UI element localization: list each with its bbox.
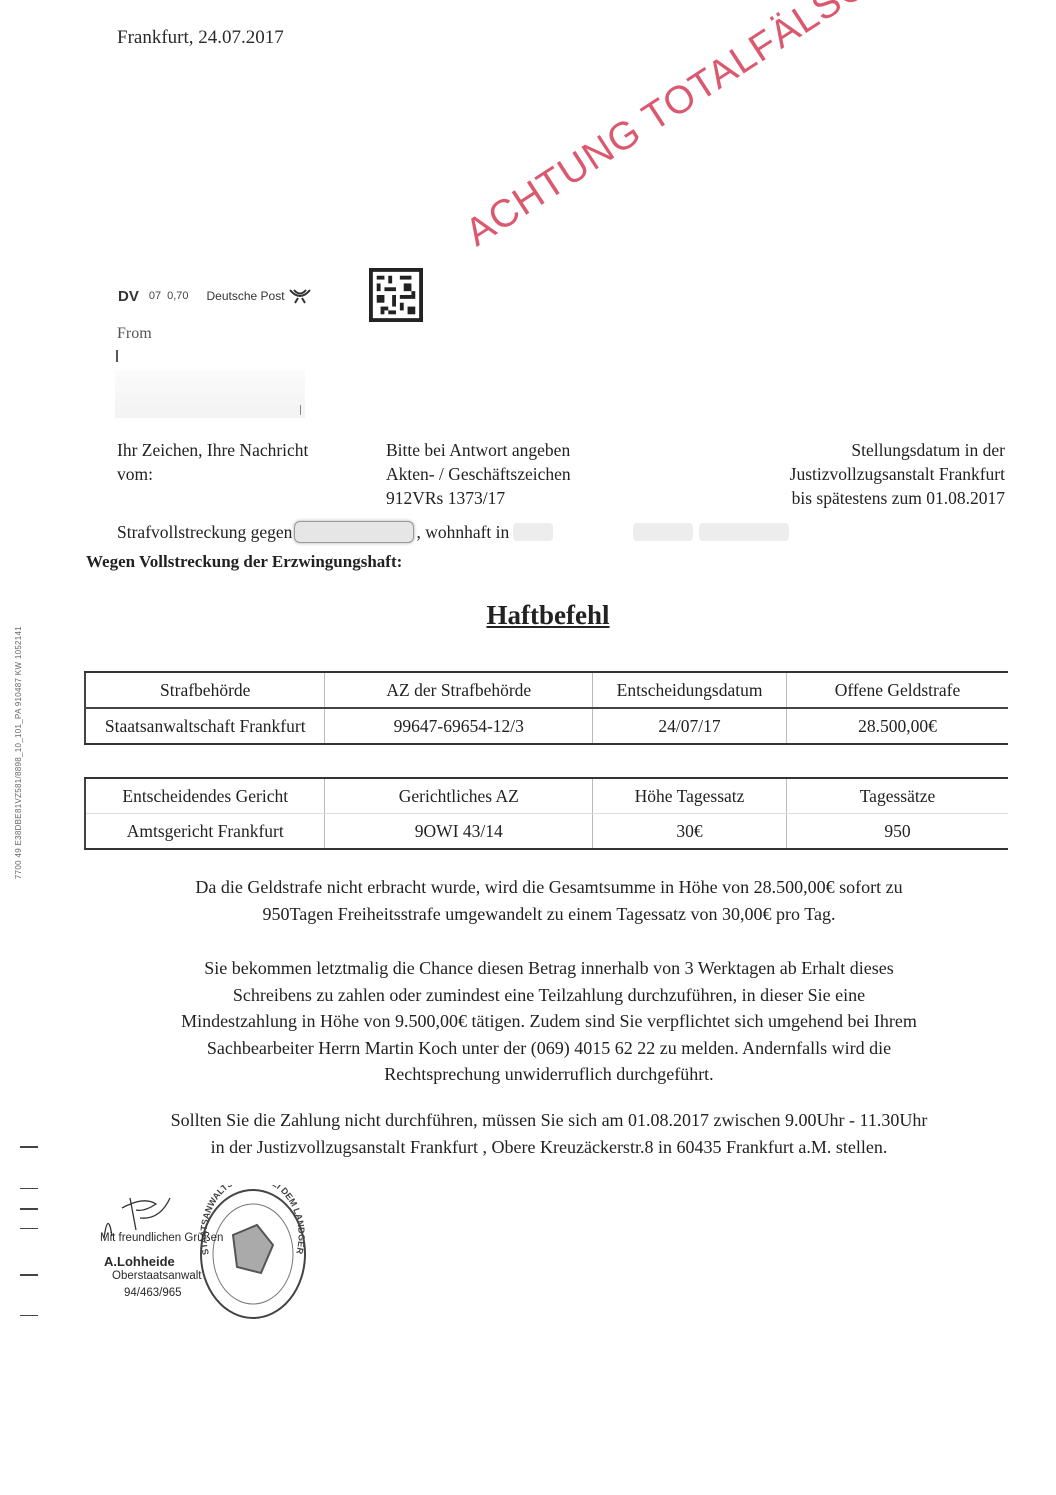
signature-greeting: Mit freundlichen Grüßen — [100, 1232, 223, 1244]
reason-line: Wegen Vollstreckung der Erzwingungshaft: — [86, 552, 402, 572]
enforcement-prefix: Strafvollstreckung gegen — [117, 522, 292, 543]
paragraph-line: Schreibens zu zahlen oder zumindest eine… — [84, 982, 1014, 1009]
court-table: Entscheidendes Gericht Gerichtliches AZ … — [84, 777, 1008, 850]
report-date-line-3: bis spätestens zum 01.08.2017 — [735, 486, 1005, 510]
document-title: Haftbefehl — [0, 600, 1056, 631]
margin-print-text: 7700 49 E38DBE81VZ581/8898_10_101_PA 910… — [14, 575, 23, 930]
table-header-cell: Höhe Tagessatz — [593, 778, 787, 814]
table-cell: Staatsanwaltschaft Frankfurt — [85, 708, 325, 744]
table-row: Amtsgericht Frankfurt 9OWI 43/14 30€ 950 — [85, 814, 1008, 850]
redaction-mark — [300, 405, 301, 415]
margin-tick — [20, 1188, 38, 1189]
table-row: Staatsanwaltschaft Frankfurt 99647-69654… — [85, 708, 1008, 744]
table-header-cell: Entscheidendes Gericht — [85, 778, 325, 814]
file-reference-hint: Bitte bei Antwort angeben — [386, 438, 646, 462]
margin-tick — [20, 1315, 38, 1316]
paragraph-line: Mindestzahlung in Höhe von 9.500,00€ tät… — [84, 1008, 1014, 1035]
enforcement-residence: , wohnhaft in — [416, 522, 509, 543]
authority-table: Strafbehörde AZ der Strafbehörde Entsche… — [84, 671, 1008, 745]
file-reference: Bitte bei Antwort angeben Akten- / Gesch… — [386, 438, 646, 510]
margin-tick — [20, 1146, 38, 1148]
place-date: Frankfurt, 24.07.2017 — [117, 27, 284, 49]
report-date: Stellungsdatum in der Justizvollzugsanst… — [735, 438, 1005, 510]
enforcement-line: Strafvollstreckung gegen , wohnhaft in — [117, 521, 789, 543]
table-cell: 24/07/17 — [593, 708, 787, 744]
file-reference-label: Akten- / Geschäftszeichen — [386, 462, 646, 486]
report-date-line-1: Stellungsdatum in der — [735, 438, 1005, 462]
table-header-cell: Tagessätze — [786, 778, 1008, 814]
forgery-warning-watermark: ACHTUNG TOTALFÄLSCHUNG — [458, 0, 975, 255]
signature-name: A.Lohheide — [104, 1254, 175, 1269]
paragraph-line: Sie bekommen letztmalig die Chance diese… — [84, 955, 1014, 982]
paragraph-line: Sachbearbeiter Herrn Martin Koch unter d… — [84, 1035, 1014, 1062]
signature-number: 94/463/965 — [124, 1287, 182, 1299]
margin-tick — [20, 1274, 38, 1276]
qr-code-icon — [368, 268, 424, 322]
report-date-line-2: Justizvollzugsanstalt Frankfurt — [735, 462, 1005, 486]
margin-tick — [20, 1228, 38, 1229]
table-header-row: Entscheidendes Gericht Gerichtliches AZ … — [85, 778, 1008, 814]
your-reference-label: Ihr Zeichen, Ihre Nachricht — [117, 438, 367, 462]
table-header-cell: Entscheidungsdatum — [593, 672, 787, 708]
franking-number: 07 — [149, 290, 161, 302]
redacted-city — [513, 523, 553, 541]
redaction-mark — [116, 350, 118, 362]
franking-value: 0,70 — [167, 290, 188, 302]
franking-mark: DV 07 0,70 Deutsche Post — [118, 266, 311, 326]
paragraph-line: 950Tagen Freiheitsstrafe umgewandelt zu … — [84, 901, 1014, 928]
table-header-cell: Offene Geldstrafe — [786, 672, 1008, 708]
paragraph-conversion: Da die Geldstrafe nicht erbracht wurde, … — [84, 874, 1014, 927]
table-cell: 99647-69654-12/3 — [325, 708, 593, 744]
table-cell: 30€ — [593, 814, 787, 850]
your-reference: Ihr Zeichen, Ihre Nachricht vom: — [117, 438, 367, 486]
paragraph-report-instructions: Sollten Sie die Zahlung nicht durchführe… — [84, 1107, 1014, 1160]
table-header-cell: Gerichtliches AZ — [325, 778, 593, 814]
post-horn-icon — [289, 288, 311, 304]
table-cell: 28.500,00€ — [786, 708, 1008, 744]
margin-tick — [20, 1208, 38, 1210]
redacted-address — [115, 370, 305, 418]
from-label: From — [117, 325, 152, 343]
redacted-street — [633, 523, 693, 541]
redacted-street — [699, 523, 789, 541]
redacted-name — [294, 521, 414, 543]
file-reference-number: 912VRs 1373/17 — [386, 486, 646, 510]
official-seal-icon: STAATSANWALTSCHAFT BEI DEM LANDGERICHT — [195, 1185, 310, 1323]
table-header-row: Strafbehörde AZ der Strafbehörde Entsche… — [85, 672, 1008, 708]
table-cell: 950 — [786, 814, 1008, 850]
franking-code: DV — [118, 288, 139, 305]
table-header-cell: Strafbehörde — [85, 672, 325, 708]
paragraph-payment-demand: Sie bekommen letztmalig die Chance diese… — [84, 955, 1014, 1088]
paragraph-line: in der Justizvollzugsanstalt Frankfurt ,… — [84, 1134, 1014, 1161]
franking-brand: Deutsche Post — [207, 289, 285, 303]
signature-title: Oberstaatsanwalt — [112, 1270, 202, 1282]
table-cell: 9OWI 43/14 — [325, 814, 593, 850]
margin-print: 7700 49 E38DBE81VZ581/8898_10_101_PA 910… — [14, 575, 30, 930]
your-reference-date-label: vom: — [117, 462, 367, 486]
paragraph-line: Sollten Sie die Zahlung nicht durchführe… — [84, 1107, 1014, 1134]
paragraph-line: Da die Geldstrafe nicht erbracht wurde, … — [84, 874, 1014, 901]
paragraph-line: Rechtsprechung unwiderruflich durchgefüh… — [84, 1061, 1014, 1088]
table-cell: Amtsgericht Frankfurt — [85, 814, 325, 850]
table-header-cell: AZ der Strafbehörde — [325, 672, 593, 708]
